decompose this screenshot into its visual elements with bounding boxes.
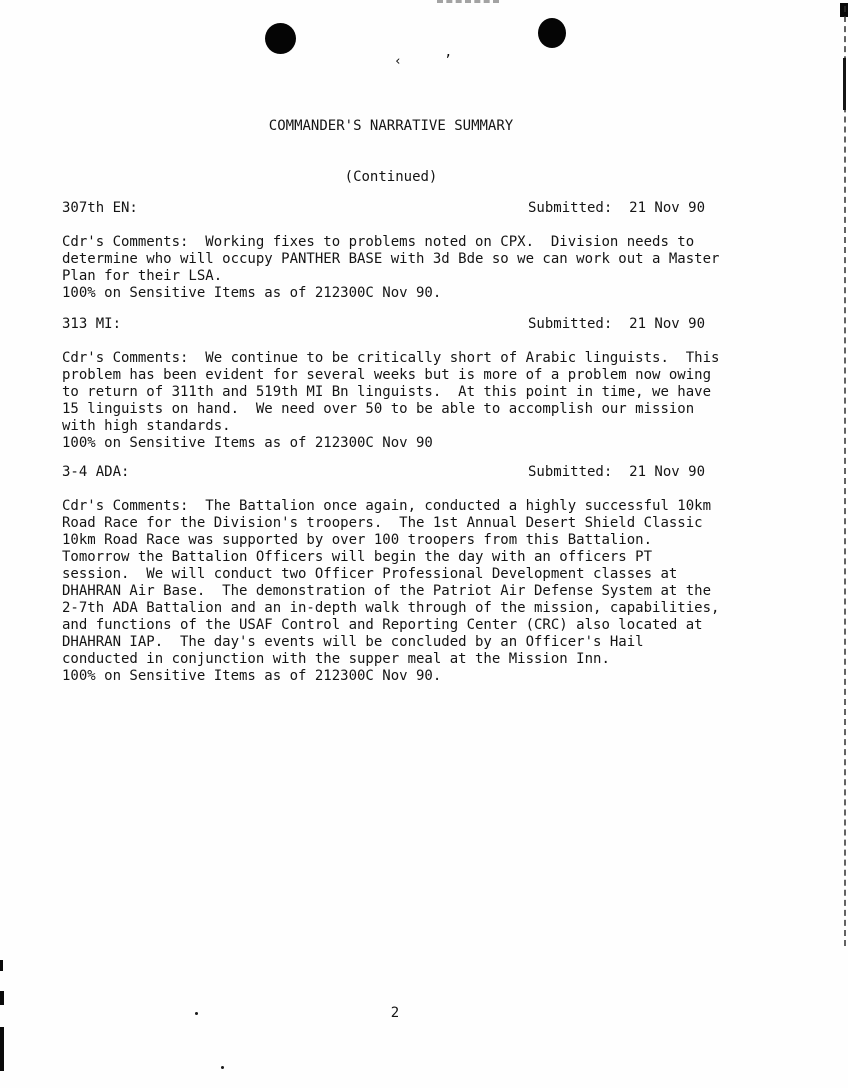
section-submitted-313-mi: Submitted: 21 Nov 90: [528, 316, 705, 333]
section-unit-307th-en: 307th EN:: [62, 200, 138, 217]
right-edge-blob-artifact: [843, 58, 846, 110]
page-number: 2: [0, 1005, 790, 1022]
section-comments-3-4-ada: Cdr's Comments: The Battalion once again…: [62, 498, 762, 685]
left-edge-mark-artifact: [0, 1027, 4, 1071]
section-submitted-307th-en: Submitted: 21 Nov 90: [528, 200, 705, 217]
ink-speck-left: ‹: [394, 57, 402, 67]
section-submitted-3-4-ada: Submitted: 21 Nov 90: [528, 464, 705, 481]
document-subtitle: (Continued): [0, 169, 782, 186]
top-edge-smudge-artifact: [437, 0, 499, 3]
scanned-document-page: ‹ ’ COMMANDER'S NARRATIVE SUMMARY (Conti…: [0, 0, 848, 1088]
section-unit-3-4-ada: 3-4 ADA:: [62, 464, 129, 481]
section-comments-313-mi: Cdr's Comments: We continue to be critic…: [62, 350, 762, 452]
ink-speck-right: ’: [444, 56, 452, 66]
hole-punch-left: [265, 23, 296, 54]
section-unit-313-mi: 313 MI:: [62, 316, 121, 333]
document-title: COMMANDER'S NARRATIVE SUMMARY: [0, 118, 782, 135]
right-edge-scan-line-artifact: [844, 6, 846, 946]
section-comments-307th-en: Cdr's Comments: Working fixes to problem…: [62, 234, 762, 302]
left-edge-mark-artifact: [0, 960, 3, 971]
ink-dot-artifact: [221, 1066, 224, 1069]
hole-punch-right: [538, 18, 566, 48]
left-edge-mark-artifact: [0, 991, 4, 1005]
